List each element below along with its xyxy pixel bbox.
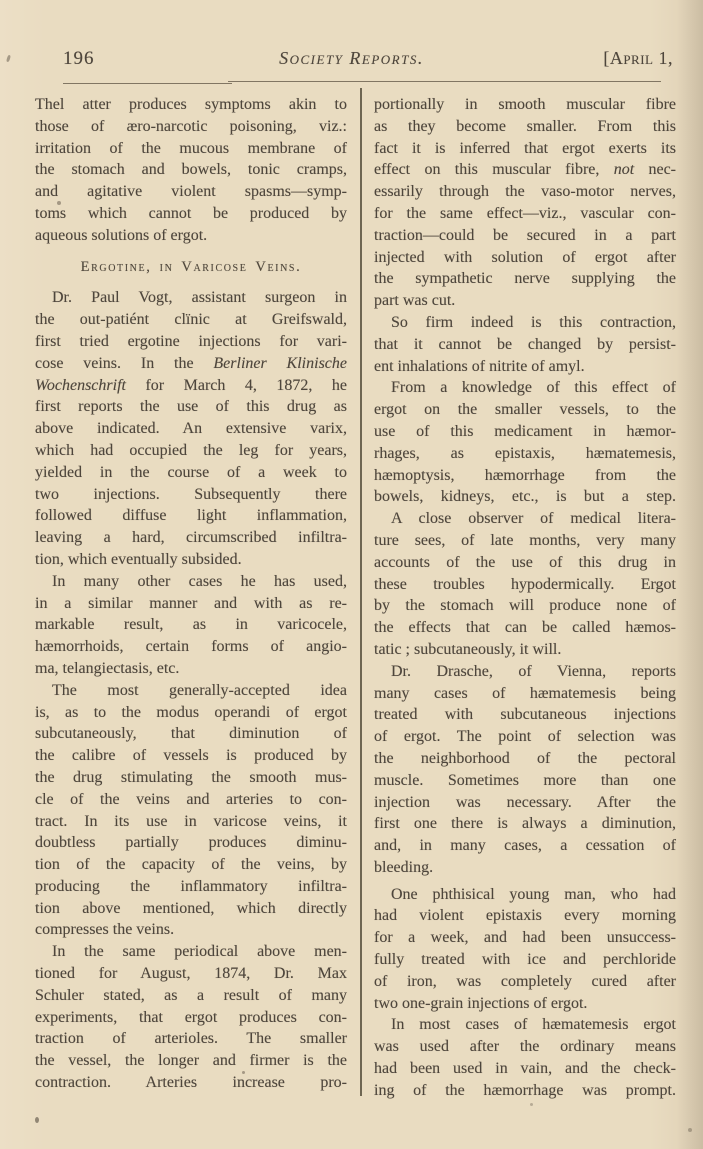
page-edge-shadow xyxy=(677,0,703,1149)
text-segment: injection was necessary. After the xyxy=(374,794,676,811)
text-line: treated with subcutaneous injections xyxy=(374,704,676,726)
text-line: part was cut. xyxy=(374,290,676,312)
text-segment: the calibre of vessels is produced by xyxy=(35,747,347,764)
text-segment: doubtless partially produces diminu- xyxy=(35,834,347,851)
text-segment: as they become smaller. From this xyxy=(374,118,676,135)
text-segment: traction of arterioles. The smaller xyxy=(35,1030,347,1047)
text-line: tion, which eventually subsided. xyxy=(35,549,347,571)
text-segment: aqueous solutions of ergot. xyxy=(35,227,207,244)
text-segment: Dr. Drasche, of Vienna, reports xyxy=(391,663,676,680)
text-segment: and, in many cases, a cessation of xyxy=(374,837,676,854)
text-line: ma, telangiectasis, etc. xyxy=(35,658,347,680)
text-line: tract. In its use in varicose veins, it xyxy=(35,811,347,833)
text-segment: ing of the hæmorrhage was prompt. xyxy=(374,1082,676,1099)
text-segment: the out-patiént clïnic at Greifswald, xyxy=(35,311,347,328)
text-line: One phthisical young man, who had xyxy=(374,884,676,906)
text-segment: first reports the use of this drug as xyxy=(35,398,347,415)
text-segment: ent inhalations of nitrite of amyl. xyxy=(374,358,585,375)
text-segment: Schuler stated, as a result of many xyxy=(35,987,347,1004)
text-line: The most generally-accepted idea xyxy=(35,680,347,702)
paper-speck xyxy=(57,201,61,205)
text-line: So firm indeed is this contraction, xyxy=(374,312,676,334)
text-line: contraction. Arteries increase pro- xyxy=(35,1072,347,1094)
text-segment: In the same periodical above men- xyxy=(52,943,347,960)
text-line: cle of the veins and arteries to con- xyxy=(35,789,347,811)
text-segment: subcutaneously, that diminution of xyxy=(35,725,347,742)
text-segment: by the stomach will produce none of xyxy=(374,597,676,614)
text-line: in a similar manner and with as re- xyxy=(35,593,347,615)
text-line: doubtless partially produces diminu- xyxy=(35,832,347,854)
column-divider xyxy=(360,88,362,1096)
paragraph: In the same periodical above men-tioned … xyxy=(35,941,347,1094)
paper-speck xyxy=(242,1071,245,1074)
text-segment: first tried ergotine injections for vari… xyxy=(35,333,347,350)
text-segment: markable result, as in varicocele, xyxy=(35,616,347,633)
text-line: Dr. Drasche, of Vienna, reports xyxy=(374,661,676,683)
right-column: portionally in smooth muscular fibreas t… xyxy=(374,94,676,1102)
text-line: that it cannot be changed by persist- xyxy=(374,334,676,356)
text-line: markable result, as in varicocele, xyxy=(35,614,347,636)
text-segment: that it cannot be changed by persist- xyxy=(374,336,676,353)
paragraph: One phthisical young man, who hadhad vio… xyxy=(374,884,676,1015)
text-line: tioned for August, 1874, Dr. Max xyxy=(35,963,347,985)
text-segment: effect on this muscular fibre, xyxy=(374,161,614,178)
text-segment: Wochenschrift xyxy=(35,377,126,394)
text-segment: tatic ; subcutaneously, it will. xyxy=(374,641,561,658)
text-line: of iron, was completely cured after xyxy=(374,971,676,993)
text-segment: many cases of hæmatemesis being xyxy=(374,685,676,702)
text-line: and, in many cases, a cessation of xyxy=(374,835,676,857)
text-segment: the stomach and bowels, tonic cramps, xyxy=(35,161,347,178)
text-line: traction—could be secured in a part xyxy=(374,225,676,247)
text-line: use of this medicament in hæmor- xyxy=(374,421,676,443)
text-line: of ergot. The point of selection was xyxy=(374,726,676,748)
text-line: hæmorrhoids, certain forms of angio- xyxy=(35,636,347,658)
text-line: In the same periodical above men- xyxy=(35,941,347,963)
text-segment: producing the inflammatory infiltra- xyxy=(35,878,347,895)
text-segment: is, as to the modus operandi of ergot xyxy=(35,704,347,721)
text-segment: the effects that can be called hæmos- xyxy=(374,619,676,636)
header-rule-left xyxy=(63,83,232,84)
text-segment: Thel atter produces symptoms akin to xyxy=(35,96,347,113)
text-line: Schuler stated, as a result of many xyxy=(35,985,347,1007)
text-line: first tried ergotine injections for vari… xyxy=(35,331,347,353)
text-line: followed diffuse light inflammation, xyxy=(35,505,347,527)
text-segment: bowels, kidneys, etc., is but a step. xyxy=(374,488,676,505)
text-line: the drug stimulating the smooth mus- xyxy=(35,767,347,789)
text-segment: So firm indeed is this contraction, xyxy=(391,314,676,331)
text-segment: these troubles hypodermically. Ergot xyxy=(374,576,676,593)
text-segment: tract. In its use in varicose veins, it xyxy=(35,813,347,830)
text-line: essarily through the vaso-motor nerves, xyxy=(374,181,676,203)
issue-date: [April 1, xyxy=(603,48,673,69)
text-line: two injections. Subsequently there xyxy=(35,484,347,506)
text-line: many cases of hæmatemesis being xyxy=(374,683,676,705)
text-line: accounts of the use of this drug in xyxy=(374,552,676,574)
text-segment: traction—could be secured in a part xyxy=(374,227,676,244)
text-line: In most cases of hæmatemesis ergot xyxy=(374,1014,676,1036)
text-line: fully treated with ice and perchloride xyxy=(374,949,676,971)
text-line: irritation of the mucous membrane of xyxy=(35,138,347,160)
text-segment: ma, telangiectasis, etc. xyxy=(35,660,179,677)
paragraph: Dr. Drasche, of Vienna, reportsmany case… xyxy=(374,661,676,879)
text-line: muscle. Sometimes more than one xyxy=(374,770,676,792)
text-segment: yielded in the course of a week to xyxy=(35,464,347,481)
text-line: is, as to the modus operandi of ergot xyxy=(35,702,347,724)
text-segment: hæmorrhoids, certain forms of angio- xyxy=(35,638,347,655)
left-column: Thel atter produces symptoms akin tothos… xyxy=(35,94,347,1094)
journal-title: Society Reports. xyxy=(0,48,703,69)
text-line: for the same effect—viz., vascular con- xyxy=(374,203,676,225)
text-line: was used after the ordinary means xyxy=(374,1036,676,1058)
text-segment: had been used in vain, and the check- xyxy=(374,1060,676,1077)
text-segment: and agitative violent spasms—symp- xyxy=(35,183,347,200)
text-segment: nec- xyxy=(634,161,676,178)
text-segment: One phthisical young man, who had xyxy=(391,886,676,903)
text-segment: essarily through the vaso-motor nerves, xyxy=(374,183,676,200)
paragraph: Dr. Paul Vogt, assistant surgeon inthe o… xyxy=(35,287,347,570)
text-line: for a week, and had been unsuccess- xyxy=(374,927,676,949)
text-segment: of ergot. The point of selection was xyxy=(374,728,676,745)
text-line: the calibre of vessels is produced by xyxy=(35,745,347,767)
header-rule-right xyxy=(228,81,661,82)
text-segment: above indicated. An extensive varix, xyxy=(35,420,347,437)
text-line: the effects that can be called hæmos- xyxy=(374,617,676,639)
text-line: leaving a hard, circumscribed infiltra- xyxy=(35,527,347,549)
text-segment: not xyxy=(614,161,634,178)
text-segment: leaving a hard, circumscribed infiltra- xyxy=(35,529,347,546)
text-line: bowels, kidneys, etc., is but a step. xyxy=(374,486,676,508)
text-line: From a knowledge of this effect of xyxy=(374,377,676,399)
text-line: In many other cases he has used, xyxy=(35,571,347,593)
text-line: tatic ; subcutaneously, it will. xyxy=(374,639,676,661)
paragraph: portionally in smooth muscular fibreas t… xyxy=(374,94,676,312)
text-segment: ture sees, of late months, very many xyxy=(374,532,676,549)
section-heading: Ergotine, in Varicose Veins. xyxy=(35,257,347,279)
text-line: ergot on the smaller vessels, to the xyxy=(374,399,676,421)
text-line: producing the inflammatory infiltra- xyxy=(35,876,347,898)
text-segment: tion above mentioned, which directly xyxy=(35,900,347,917)
text-segment: followed diffuse light inflammation, xyxy=(35,507,347,524)
paragraph: From a knowledge of this effect ofergot … xyxy=(374,377,676,508)
text-line: these troubles hypodermically. Ergot xyxy=(374,574,676,596)
text-segment: A close observer of medical litera- xyxy=(391,510,676,527)
text-line: hæmoptysis, hæmorrhage from the xyxy=(374,465,676,487)
text-segment: Dr. Paul Vogt, assistant surgeon in xyxy=(52,289,347,306)
paragraph: In many other cases he has used,in a sim… xyxy=(35,571,347,680)
text-line: Dr. Paul Vogt, assistant surgeon in xyxy=(35,287,347,309)
text-segment: portionally in smooth muscular fibre xyxy=(374,96,676,113)
text-segment: In many other cases he has used, xyxy=(52,573,347,590)
text-segment: part was cut. xyxy=(374,292,455,309)
text-line: rhages, as epistaxis, hæmatemesis, xyxy=(374,443,676,465)
text-line: first reports the use of this drug as xyxy=(35,396,347,418)
text-line: experiments, that ergot produces con- xyxy=(35,1007,347,1029)
text-segment: treated with subcutaneous injections xyxy=(374,706,676,723)
text-line: Wochenschrift for March 4, 1872, he xyxy=(35,375,347,397)
text-segment: accounts of the use of this drug in xyxy=(374,554,676,571)
text-line: and agitative violent spasms—symp- xyxy=(35,181,347,203)
text-segment: which had occupied the leg for years, xyxy=(35,442,347,459)
text-segment: those of æro-narcotic poisoning, viz.: xyxy=(35,118,347,135)
text-segment: ergot on the smaller vessels, to the xyxy=(374,401,676,418)
text-segment: tion, which eventually subsided. xyxy=(35,551,242,568)
text-segment: bleeding. xyxy=(374,859,433,876)
text-segment: tion of the capacity of the veins, by xyxy=(35,856,347,873)
text-segment: the drug stimulating the smooth mus- xyxy=(35,769,347,786)
text-line: tion above mentioned, which directly xyxy=(35,898,347,920)
text-segment: fully treated with ice and perchloride xyxy=(374,951,676,968)
text-line: those of æro-narcotic poisoning, viz.: xyxy=(35,116,347,138)
text-segment: the vessel, the longer and firmer is the xyxy=(35,1052,347,1069)
text-line: ent inhalations of nitrite of amyl. xyxy=(374,356,676,378)
paper-speck xyxy=(688,1128,692,1132)
text-segment: hæmoptysis, hæmorrhage from the xyxy=(374,467,676,484)
text-segment: In most cases of hæmatemesis ergot xyxy=(391,1016,676,1033)
text-segment: two injections. Subsequently there xyxy=(35,486,347,503)
text-segment: tioned for August, 1874, Dr. Max xyxy=(35,965,347,982)
text-segment: irritation of the mucous membrane of xyxy=(35,140,347,157)
paragraph: The most generally-accepted ideais, as t… xyxy=(35,680,347,942)
text-line: the neighborhood of the pectoral xyxy=(374,748,676,770)
text-segment: had violent epistaxis every morning xyxy=(374,907,676,924)
text-segment: of iron, was completely cured after xyxy=(374,973,676,990)
text-segment: the sympathetic nerve supplying the xyxy=(374,270,676,287)
text-line: by the stomach will produce none of xyxy=(374,595,676,617)
text-segment: use of this medicament in hæmor- xyxy=(374,423,676,440)
paragraph: So firm indeed is this contraction,that … xyxy=(374,312,676,377)
text-segment: From a knowledge of this effect of xyxy=(391,379,676,396)
text-line: which had occupied the leg for years, xyxy=(35,440,347,462)
paragraph: A close observer of medical litera-ture … xyxy=(374,508,676,661)
text-line: ing of the hæmorrhage was prompt. xyxy=(374,1080,676,1102)
paragraph: In most cases of hæmatemesis ergotwas us… xyxy=(374,1014,676,1101)
paragraph: Thel atter produces symptoms akin tothos… xyxy=(35,94,347,247)
text-line: as they become smaller. From this xyxy=(374,116,676,138)
text-segment: two one-grain injections of ergot. xyxy=(374,995,587,1012)
text-segment: fact it is inferred that ergot exerts it… xyxy=(374,140,676,157)
text-segment: cose veins. In the xyxy=(35,355,213,372)
text-line: fact it is inferred that ergot exerts it… xyxy=(374,138,676,160)
text-line: had violent epistaxis every morning xyxy=(374,905,676,927)
text-segment: experiments, that ergot produces con- xyxy=(35,1009,347,1026)
text-segment: in a similar manner and with as re- xyxy=(35,595,347,612)
text-segment: muscle. Sometimes more than one xyxy=(374,772,676,789)
text-line: the vessel, the longer and firmer is the xyxy=(35,1050,347,1072)
text-line: injection was necessary. After the xyxy=(374,792,676,814)
text-segment: was used after the ordinary means xyxy=(374,1038,676,1055)
paper-speck xyxy=(35,1117,39,1123)
text-line: portionally in smooth muscular fibre xyxy=(374,94,676,116)
journal-page: 196 Society Reports. [April 1, Thel atte… xyxy=(0,0,703,1149)
text-line: ture sees, of late months, very many xyxy=(374,530,676,552)
text-segment: injected with solution of ergot after xyxy=(374,249,676,266)
text-segment: for a week, and had been unsuccess- xyxy=(374,929,676,946)
text-segment: compresses the veins. xyxy=(35,921,174,938)
text-line: compresses the veins. xyxy=(35,919,347,941)
text-line: first one there is always a diminution, xyxy=(374,813,676,835)
text-segment: rhages, as epistaxis, hæmatemesis, xyxy=(374,445,676,462)
text-line: effect on this muscular fibre, not nec- xyxy=(374,159,676,181)
text-segment: cle of the veins and arteries to con- xyxy=(35,791,347,808)
text-segment: Berliner Klinische xyxy=(213,355,347,372)
paper-speck xyxy=(530,1103,533,1106)
text-line: A close observer of medical litera- xyxy=(374,508,676,530)
text-line: tion of the capacity of the veins, by xyxy=(35,854,347,876)
text-segment: contraction. Arteries increase pro- xyxy=(35,1074,347,1091)
text-line: two one-grain injections of ergot. xyxy=(374,993,676,1015)
text-line: the sympathetic nerve supplying the xyxy=(374,268,676,290)
text-line: traction of arterioles. The smaller xyxy=(35,1028,347,1050)
text-line: the stomach and bowels, tonic cramps, xyxy=(35,159,347,181)
text-line: above indicated. An extensive varix, xyxy=(35,418,347,440)
text-line: the out-patiént clïnic at Greifswald, xyxy=(35,309,347,331)
text-segment: the neighborhood of the pectoral xyxy=(374,750,676,767)
text-segment: for the same effect—viz., vascular con- xyxy=(374,205,676,222)
text-segment: first one there is always a diminution, xyxy=(374,815,676,832)
text-segment: toms which cannot be produced by xyxy=(35,205,347,222)
text-line: subcutaneously, that diminution of xyxy=(35,723,347,745)
text-line: had been used in vain, and the check- xyxy=(374,1058,676,1080)
text-line: injected with solution of ergot after xyxy=(374,247,676,269)
text-line: bleeding. xyxy=(374,857,676,879)
text-line: aqueous solutions of ergot. xyxy=(35,225,347,247)
text-segment: for March 4, 1872, he xyxy=(126,377,347,394)
text-segment: The most generally-accepted idea xyxy=(52,682,347,699)
text-line: Thel atter produces symptoms akin to xyxy=(35,94,347,116)
text-line: yielded in the course of a week to xyxy=(35,462,347,484)
text-line: toms which cannot be produced by xyxy=(35,203,347,225)
text-line: cose veins. In the Berliner Klinische xyxy=(35,353,347,375)
